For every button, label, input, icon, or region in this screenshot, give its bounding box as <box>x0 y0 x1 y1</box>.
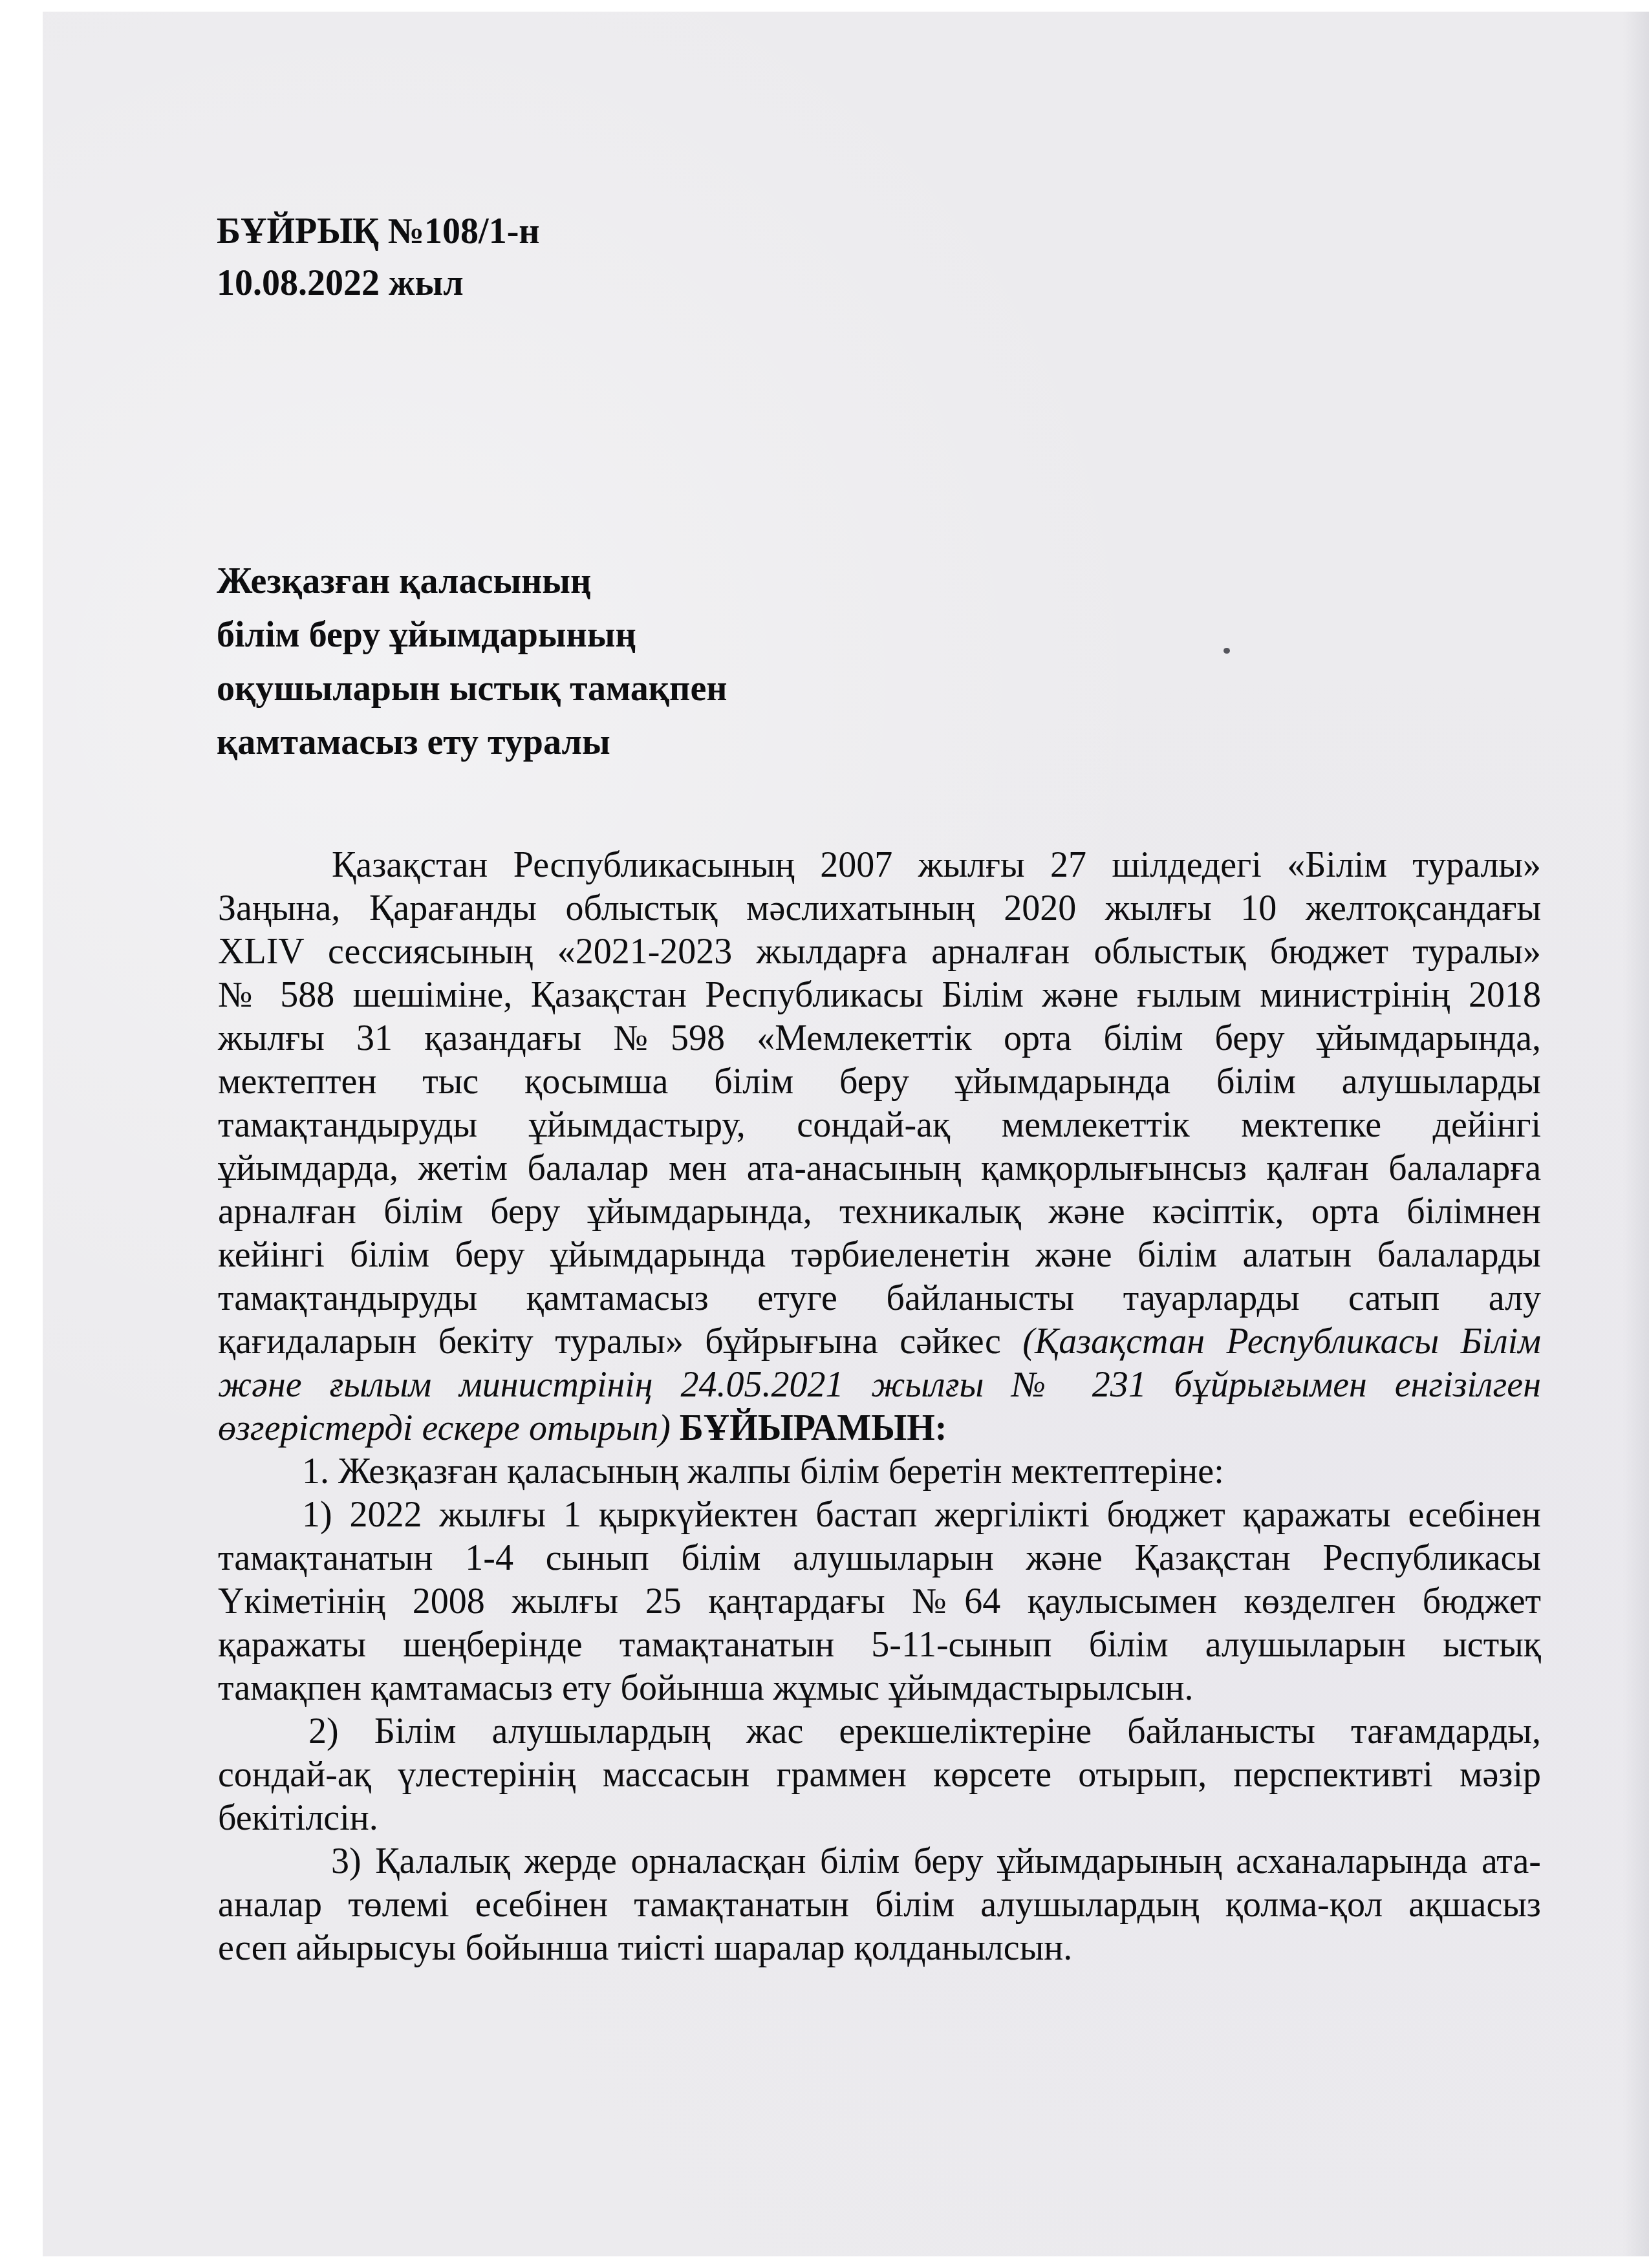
subitem-2-line: бекітілсін. <box>218 1797 1541 1840</box>
order-date: 10.08.2022 жыл <box>217 257 540 309</box>
subitem-1-line: Үкіметінің 2008 жылғы 25 қаңтардағы №64 … <box>218 1580 1541 1623</box>
subject-line: қамтамасыз ету туралы <box>217 716 727 769</box>
preamble-line: № 588 шешіміне, Қазақстан Республикасы Б… <box>218 974 1541 1017</box>
preamble-line: арналған білім беру ұйымдарында, техника… <box>218 1190 1541 1234</box>
subitem-1-line: тамақпен қамтамасыз ету бойынша жұмыс ұй… <box>218 1667 1541 1710</box>
preamble-line: кейінгі білім беру ұйымдарында тәрбиелен… <box>218 1234 1541 1277</box>
preamble-line: қағидаларын бекіту туралы» бұйрығына сәй… <box>218 1320 1541 1364</box>
subitem-1-line: қаражаты шеңберінде тамақтанатын 5-11-сы… <box>218 1623 1541 1667</box>
subitem-3-line: 3) Қалалық жерде орналасқан білім беру ұ… <box>218 1840 1541 1883</box>
preamble-line: Қазақстан Республикасының 2007 жылғы 27 … <box>218 844 1541 887</box>
order-number: БҰЙРЫҚ №108/1-н <box>217 206 540 257</box>
amendment-note-end: өзгерістерді ескере отырып) <box>218 1408 671 1448</box>
subject-line: оқушыларын ыстық тамақпен <box>217 662 727 716</box>
subitem-3-line: есеп айырысуы бойынша тиісті шаралар қол… <box>218 1927 1541 1970</box>
subitem-1-line: 1) 2022 жылғы 1 қыркүйектен бастап жергі… <box>218 1493 1541 1537</box>
preamble-line: өзгерістерді ескере отырып) БҰЙЫРАМЫН: <box>218 1407 1541 1450</box>
subitem-1-line: тамақтанатын 1-4 сынып білім алушыларын … <box>218 1537 1541 1580</box>
order-body: Қазақстан Республикасының 2007 жылғы 27 … <box>218 844 1541 1970</box>
order-subject: Жезқазған қаласының білім беру ұйымдарын… <box>217 555 727 769</box>
preamble-line: тамақтандыруды ұйымдастыру, сондай-ақ ме… <box>218 1104 1541 1147</box>
preamble-line: XLIV сессиясының «2021-2023 жылдарға арн… <box>218 930 1541 974</box>
subject-line: Жезқазған қаласының <box>217 555 727 608</box>
page-edge-shadow <box>1623 12 1649 2256</box>
preamble-line: тамақтандыруды қамтамасыз етуге байланыс… <box>218 1277 1541 1320</box>
amendment-note-line: және ғылым министрінің 24.05.2021 жылғы … <box>218 1364 1541 1407</box>
preamble-line: ұйымдарда, жетім балалар мен ата-анасыны… <box>218 1147 1541 1190</box>
item-heading: 1. Жезқазған қаласының жалпы білім берет… <box>218 1450 1541 1493</box>
order-verb: БҰЙЫРАМЫН: <box>680 1408 947 1448</box>
subitem-2-line: сондай-ақ үлестерінің массасын граммен к… <box>218 1753 1541 1797</box>
subitem-2-line: 2) Білім алушылардың жас ерекшеліктеріне… <box>218 1710 1541 1753</box>
order-header: БҰЙРЫҚ №108/1-н 10.08.2022 жыл <box>217 206 540 309</box>
scan-speck <box>1223 648 1230 654</box>
subject-line: білім беру ұйымдарының <box>217 608 727 662</box>
subitem-3-line: аналар төлемі есебінен тамақтанатын білі… <box>218 1883 1541 1927</box>
amendment-note: (Қазақстан Республикасы Білім <box>1022 1321 1541 1362</box>
preamble-line: Заңына, Қарағанды облыстық мәслихатының … <box>218 887 1541 930</box>
preamble-line: жылғы 31 қазандағы №598 «Мемлекеттік орт… <box>218 1017 1541 1060</box>
preamble-line: мектептен тыс қосымша білім беру ұйымдар… <box>218 1060 1541 1104</box>
